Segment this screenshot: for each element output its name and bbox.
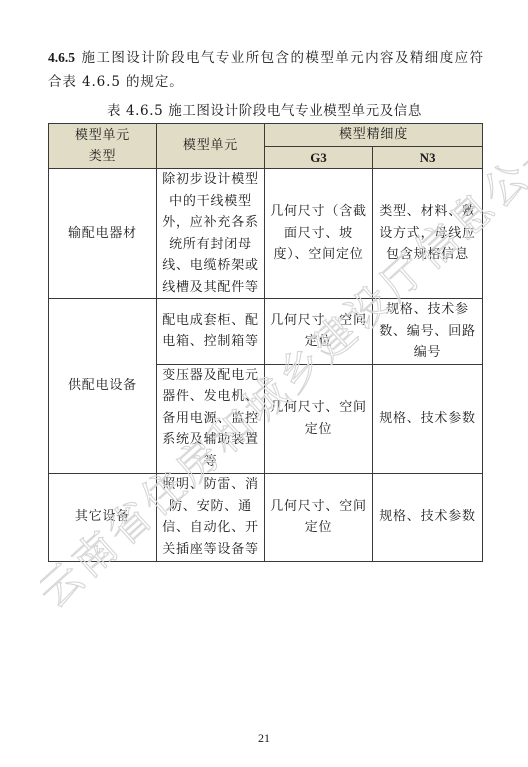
spec-table: 模型单元 类型 模型单元 模型精细度 G3 N3 输配电器材 除初步设计模型中的… [48, 123, 483, 562]
header-n3: N3 [373, 146, 483, 169]
table-row: 供配电设备 配电成套柜、配电箱、控制箱等 几何尺寸、空间定位 规格、技术参数、编… [49, 299, 483, 365]
row-type: 供配电设备 [49, 299, 157, 474]
row-unit: 配电成套柜、配电箱、控制箱等 [157, 299, 265, 365]
row-unit: 除初步设计模型中的干线模型外，应补充各系统所有封闭母线、电缆桥架或线槽及其配件等 [157, 169, 265, 299]
header-detail-level: 模型精细度 [265, 124, 483, 147]
row-g3: 几何尺寸、空间定位 [265, 473, 373, 561]
table-row: 其它设备 照明、防雷、消防、安防、通信、自动化、开关插座等设备等 几何尺寸、空间… [49, 473, 483, 561]
clause-paragraph: 4.6.5施工图设计阶段电气专业所包含的模型单元内容及精细度应符合表 4.6.5… [48, 46, 484, 94]
row-unit: 变压器及配电元器件、发电机、备用电源、监控系统及辅助装置等 [157, 364, 265, 473]
clause-number: 4.6.5 [48, 50, 75, 65]
table-row: 输配电器材 除初步设计模型中的干线模型外，应补充各系统所有封闭母线、电缆桥架或线… [49, 169, 483, 299]
row-unit: 照明、防雷、消防、安防、通信、自动化、开关插座等设备等 [157, 473, 265, 561]
row-g3: 几何尺寸（含截面尺寸、坡度）、空间定位 [265, 169, 373, 299]
row-n3: 规格、技术参数 [373, 473, 483, 561]
header-unit-type-line2: 类型 [52, 146, 153, 168]
row-n3: 规格、技术参数、编号、回路编号 [373, 299, 483, 365]
row-g3: 几何尺寸、空间定位 [265, 364, 373, 473]
row-n3: 规格、技术参数 [373, 364, 483, 473]
row-g3: 几何尺寸、空间定位 [265, 299, 373, 365]
clause-text: 施工图设计阶段电气专业所包含的模型单元内容及精细度应符合表 4.6.5 的规定。 [48, 50, 484, 90]
table-caption: 表 4.6.5 施工图设计阶段电气专业模型单元及信息 [48, 99, 481, 119]
header-unit-type: 模型单元 类型 [49, 124, 157, 169]
row-type: 输配电器材 [49, 169, 157, 299]
row-n3: 类型、材料、敷设方式，母线应包含规格信息 [373, 169, 483, 299]
page-number: 21 [0, 731, 528, 746]
header-unit: 模型单元 [157, 124, 265, 169]
header-unit-type-line1: 模型单元 [52, 125, 153, 147]
header-g3: G3 [265, 146, 373, 169]
row-type: 其它设备 [49, 473, 157, 561]
